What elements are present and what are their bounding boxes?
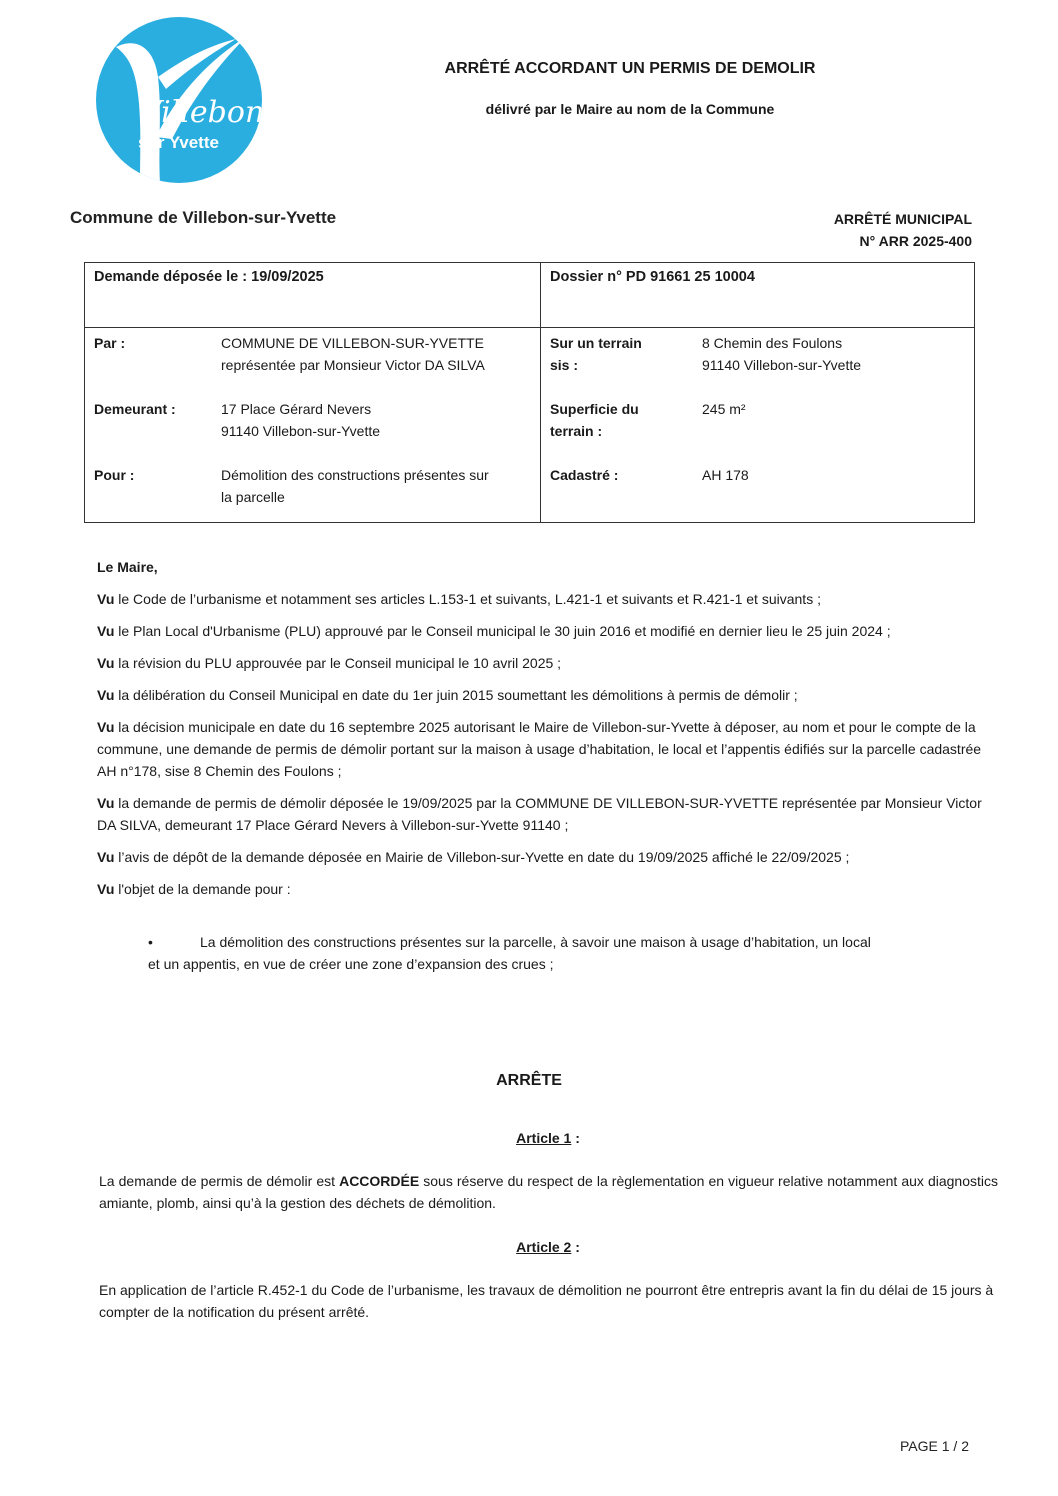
considerant-7-text: l’avis de dépôt de la demande déposée en… bbox=[114, 849, 849, 865]
applicant-cell: Par : COMMUNE DE VILLEBON-SUR-YVETTE rep… bbox=[85, 328, 541, 523]
considerant-5-text: la décision municipale en date du 16 sep… bbox=[97, 719, 981, 779]
considerant-6-text: la demande de permis de démolir déposée … bbox=[97, 795, 982, 833]
value-pour: Démolition des constructions présentes s… bbox=[221, 464, 540, 528]
value-demeurant-line2: 91140 Villebon-sur-Yvette bbox=[221, 420, 540, 442]
article-2-title: Article 2 : bbox=[0, 1239, 1058, 1255]
label-terrain: Sur un terrain sis : bbox=[550, 332, 702, 398]
considerant-6: Vu la demande de permis de démolir dépos… bbox=[97, 792, 997, 836]
label-pour: Pour : bbox=[94, 464, 221, 528]
article-1-text-before: La demande de permis de démolir est bbox=[99, 1173, 339, 1189]
vu-word: Vu bbox=[97, 881, 114, 897]
document-title: ARRÊTÉ ACCORDANT UN PERMIS DE DEMOLIR bbox=[400, 60, 860, 78]
label-cadastre-line1: Cadastré : bbox=[550, 464, 702, 486]
arrete-heading: ARRÊTE bbox=[0, 1072, 1058, 1090]
label-superficie-line1: Superficie du bbox=[550, 398, 702, 420]
demande-object-bullet: • La démolition des constructions présen… bbox=[97, 931, 997, 975]
label-cadastre: Cadastré : bbox=[550, 464, 702, 528]
considerant-5: Vu la décision municipale en date du 16 … bbox=[97, 716, 997, 782]
terrain-cell: Sur un terrain sis : 8 Chemin des Foulon… bbox=[541, 328, 975, 523]
bullet-text-rest: et un appentis, en vue de créer une zone… bbox=[97, 953, 997, 975]
villebon-logo: Villebon sur Yvette bbox=[96, 17, 262, 183]
value-cadastre: AH 178 bbox=[702, 464, 974, 528]
arrete-municipal-block: ARRÊTÉ MUNICIPAL N° ARR 2025-400 bbox=[800, 208, 972, 252]
value-superficie: 245 m² bbox=[702, 398, 974, 464]
value-par-line1: COMMUNE DE VILLEBON-SUR-YVETTE bbox=[221, 332, 540, 354]
article-1-title: Article 1 : bbox=[0, 1130, 1058, 1146]
considerant-4-text: la délibération du Conseil Municipal en … bbox=[114, 687, 797, 703]
value-superficie-line1: 245 m² bbox=[702, 398, 974, 420]
considerant-2: Vu le Plan Local d'Urbanisme (PLU) appro… bbox=[97, 620, 997, 642]
arrete-label: ARRÊTÉ MUNICIPAL bbox=[800, 208, 972, 230]
arrete-number: N° ARR 2025-400 bbox=[800, 230, 972, 252]
value-terrain: 8 Chemin des Foulons 91140 Villebon-sur-… bbox=[702, 332, 974, 398]
article-1-suffix: : bbox=[571, 1130, 580, 1146]
label-terrain-line2: sis : bbox=[550, 354, 702, 376]
considerant-1: Vu le Code de l’urbanisme et notamment s… bbox=[97, 588, 997, 610]
vu-word: Vu bbox=[97, 719, 114, 735]
value-demeurant-line1: 17 Place Gérard Nevers bbox=[221, 398, 540, 420]
article-2-suffix: : bbox=[571, 1239, 580, 1255]
bullet-first-line: • La démolition des constructions présen… bbox=[97, 931, 997, 953]
value-terrain-line1: 8 Chemin des Foulons bbox=[702, 332, 974, 354]
vu-word: Vu bbox=[97, 623, 114, 639]
considerant-7: Vu l’avis de dépôt de la demande déposée… bbox=[97, 846, 997, 868]
considerant-8: Vu l'objet de la demande pour : bbox=[97, 878, 997, 900]
bullet-icon: • bbox=[148, 931, 153, 953]
considerant-1-text: le Code de l’urbanisme et notamment ses … bbox=[114, 591, 821, 607]
value-par: COMMUNE DE VILLEBON-SUR-YVETTE représent… bbox=[221, 332, 540, 398]
logo-text-sur-yvette: sur Yvette bbox=[138, 133, 219, 153]
logo-text-villebon: Villebon bbox=[140, 95, 262, 130]
considerant-3-text: la révision du PLU approuvée par le Cons… bbox=[114, 655, 561, 671]
label-superficie-line2: terrain : bbox=[550, 420, 702, 442]
page-number: PAGE 1 / 2 bbox=[900, 1438, 969, 1454]
bullet-text-first: La démolition des constructions présente… bbox=[148, 931, 871, 953]
vu-word: Vu bbox=[97, 795, 114, 811]
value-pour-line1: Démolition des constructions présentes s… bbox=[221, 464, 540, 486]
article-1-text: La demande de permis de démolir est ACCO… bbox=[99, 1170, 998, 1214]
vu-word: Vu bbox=[97, 591, 114, 607]
vu-word: Vu bbox=[97, 849, 114, 865]
considerant-3: Vu la révision du PLU approuvée par le C… bbox=[97, 652, 997, 674]
label-demeurant: Demeurant : bbox=[94, 398, 221, 464]
vu-word: Vu bbox=[97, 687, 114, 703]
considerant-4: Vu la délibération du Conseil Municipal … bbox=[97, 684, 997, 706]
value-par-line2: représentée par Monsieur Victor DA SILVA bbox=[221, 354, 540, 376]
document-subtitle: délivré par le Maire au nom de la Commun… bbox=[400, 101, 860, 117]
considerants-section: Le Maire, Vu le Code de l’urbanisme et n… bbox=[97, 556, 997, 910]
commune-name: Commune de Villebon-sur-Yvette bbox=[70, 208, 336, 228]
vu-word: Vu bbox=[97, 655, 114, 671]
considerant-2-text: le Plan Local d'Urbanisme (PLU) approuvé… bbox=[114, 623, 890, 639]
value-terrain-line2: 91140 Villebon-sur-Yvette bbox=[702, 354, 974, 376]
article-2-text: En application de l’article R.452-1 du C… bbox=[99, 1279, 998, 1323]
label-terrain-line1: Sur un terrain bbox=[550, 332, 702, 354]
label-par: Par : bbox=[94, 332, 221, 398]
demande-deposee-cell: Demande déposée le : 19/09/2025 bbox=[85, 263, 541, 328]
considerant-8-text: l'objet de la demande pour : bbox=[114, 881, 290, 897]
article-1-label: Article 1 bbox=[516, 1130, 571, 1146]
accordee-status: ACCORDÉE bbox=[339, 1173, 419, 1189]
value-pour-line2: la parcelle bbox=[221, 486, 540, 508]
application-info-table: Demande déposée le : 19/09/2025 Dossier … bbox=[84, 262, 975, 523]
dossier-number-cell: Dossier n° PD 91661 25 10004 bbox=[541, 263, 975, 328]
article-2-label: Article 2 bbox=[516, 1239, 571, 1255]
value-demeurant: 17 Place Gérard Nevers 91140 Villebon-su… bbox=[221, 398, 540, 464]
value-cadastre-line1: AH 178 bbox=[702, 464, 974, 486]
label-superficie: Superficie du terrain : bbox=[550, 398, 702, 464]
le-maire-intro: Le Maire, bbox=[97, 556, 997, 578]
